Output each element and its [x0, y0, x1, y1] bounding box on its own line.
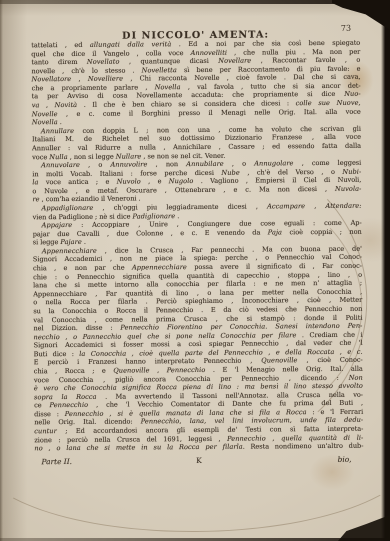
- scan-edge-left: [0, 0, 3, 541]
- book-page-scan: DI NICCOLO' AMENTA: 73 tattelati , ed al…: [0, 0, 390, 541]
- signature-mark: K: [34, 455, 363, 467]
- running-header: DI NICCOLO' AMENTA: 73: [31, 22, 360, 38]
- catchword: bio,: [338, 455, 352, 464]
- page-number: 73: [341, 24, 351, 33]
- page-content: DI NICCOLO' AMENTA: 73 tattelati , ed al…: [0, 0, 390, 541]
- scan-edge-right: [381, 0, 390, 541]
- text-block: tattelati , ed allungati dalla verità . …: [31, 39, 363, 453]
- scan-edge-top: [0, 0, 390, 4]
